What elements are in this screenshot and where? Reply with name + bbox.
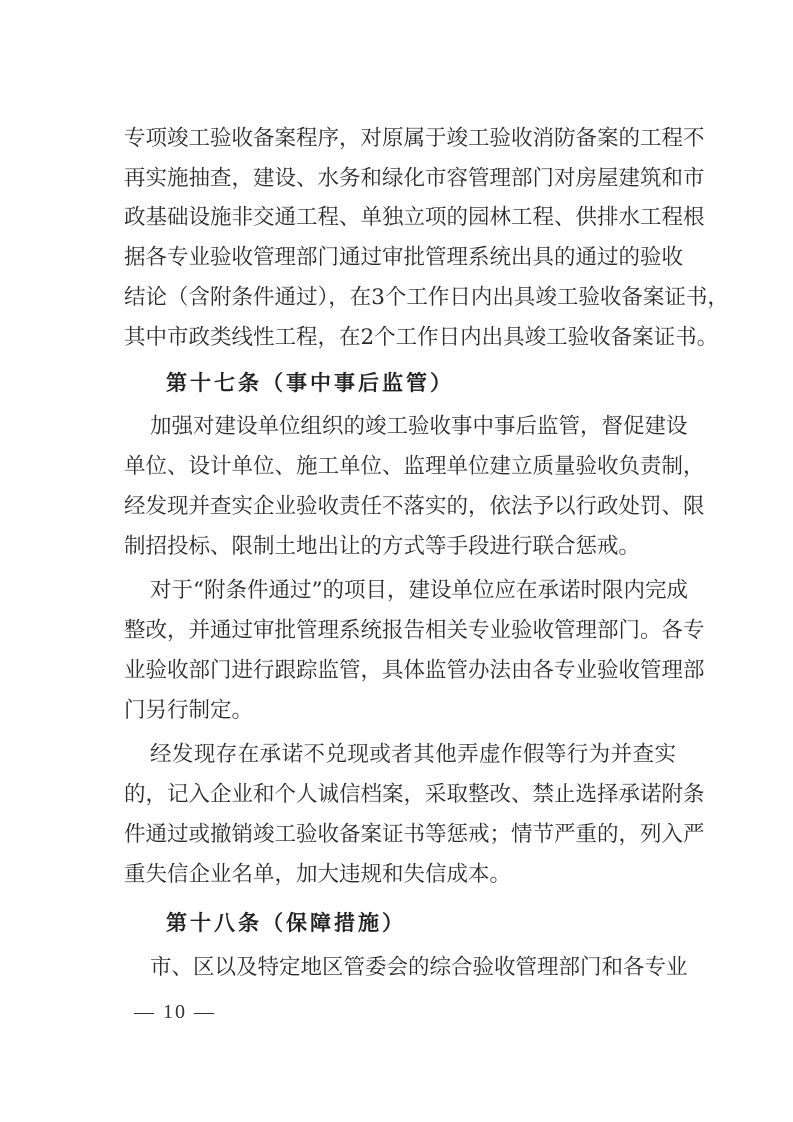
body-line: 政基础设施非交通工程、单独立项的园林工程、供排水工程根: [124, 204, 676, 232]
paragraph-last-line: 重失信企业名单，加大违规和失信成本。: [124, 861, 676, 889]
page-number: — 10 —: [134, 998, 216, 1026]
article-17-heading: 第十七条（事中事后监管）: [166, 369, 454, 397]
body-line: 整改，并通过审批管理系统报告相关专业验收管理部门。各专: [124, 617, 676, 645]
document-page: 专项竣工验收备案程序，对原属于竣工验收消防备案的工程不 再实施抽查，建设、水务和…: [0, 0, 793, 1122]
body-line: 单位、设计单位、施工单位、监理单位建立质量验收负责制，: [124, 453, 676, 481]
paragraph-first-line: 市、区以及特定地区管委会的综合验收管理部门和各专业: [150, 954, 676, 982]
paragraph-first-line: 加强对建设单位组织的竣工验收事中事后监管，督促建设: [150, 413, 676, 441]
body-line: 其中市政类线性工程，在2个工作日内出具竣工验收备案证书。: [124, 324, 676, 352]
body-line: 再实施抽查，建设、水务和绿化市容管理部门对房屋建筑和市: [124, 165, 676, 193]
body-line: 业验收部门进行跟踪监管，具体监管办法由各专业验收管理部: [124, 657, 676, 685]
paragraph-last-line: 门另行制定。: [124, 697, 676, 725]
body-line: 专项竣工验收备案程序，对原属于竣工验收消防备案的工程不: [124, 125, 676, 153]
paragraph-first-line: 对于“附条件通过”的项目，建设单位应在承诺时限内完成: [150, 577, 676, 605]
body-line: 经发现并查实企业验收责任不落实的，依法予以行政处罚、限: [124, 493, 676, 521]
body-line: 件通过或撤销竣工验收备案证书等惩戒；情节严重的，列入严: [124, 821, 676, 849]
body-line: 据各专业验收管理部门通过审批管理系统出具的通过的验收: [124, 244, 676, 272]
paragraph-last-line: 制招投标、限制土地出让的方式等手段进行联合惩戒。: [124, 533, 676, 561]
body-line: 的，记入企业和个人诚信档案，采取整改、禁止选择承诺附条: [124, 781, 676, 809]
body-line: 结论（含附条件通过），在3个工作日内出具竣工验收备案证书，: [124, 284, 676, 312]
article-18-heading: 第十八条（保障措施）: [166, 909, 406, 937]
paragraph-first-line: 经发现存在承诺不兑现或者其他弄虚作假等行为并查实: [150, 741, 676, 769]
